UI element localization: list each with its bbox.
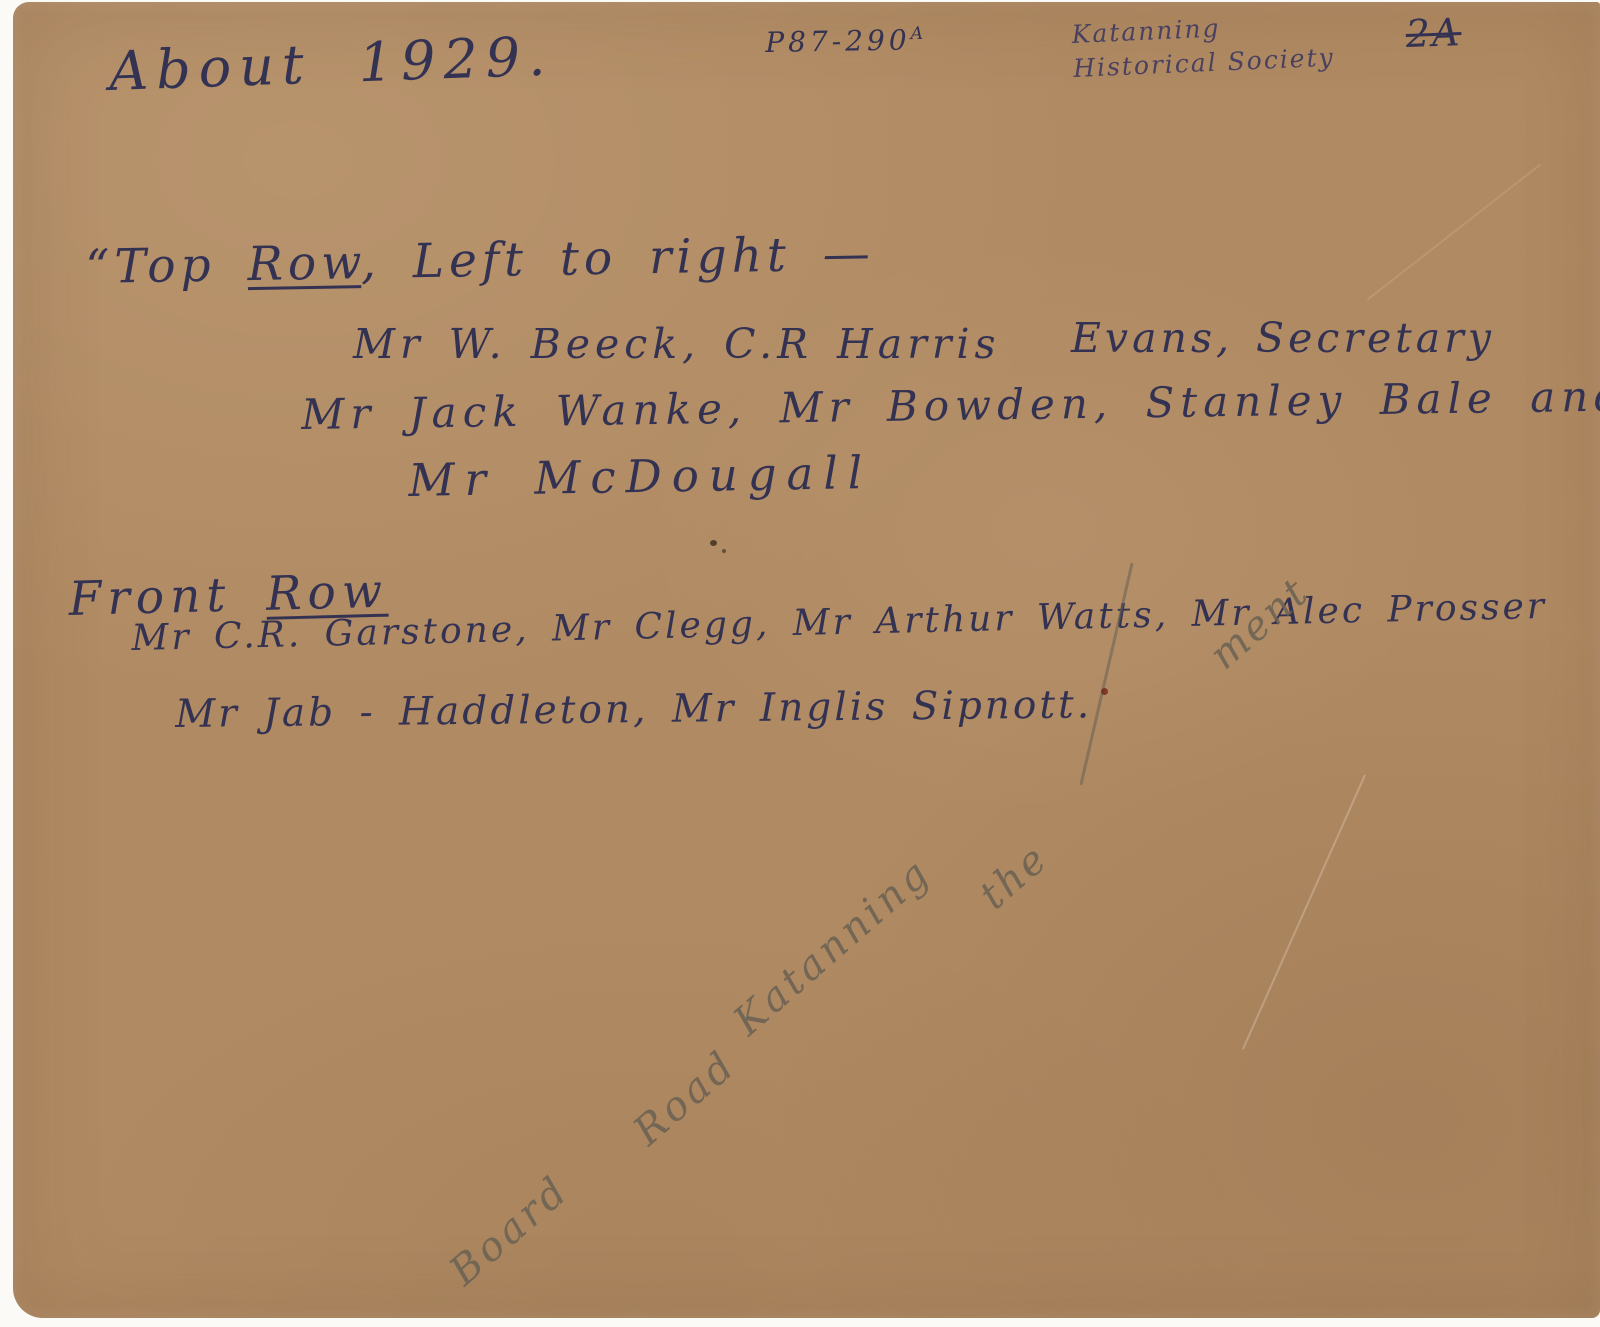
top-row-names-line1-right: Evans, Secretary (1071, 314, 1495, 362)
paper-scratch (1242, 775, 1366, 1050)
scanned-photo-back: { "paper": { "date_note": "About 1929.",… (0, 0, 1600, 1327)
top-row-names-line3: Mr McDougall (408, 446, 873, 507)
top-row-names-line1: Mr W. Beeck, C.R HarrisEvans, Secretary (353, 320, 1001, 368)
paper-speck (710, 540, 717, 546)
paper-speck (1101, 688, 1108, 695)
date-note: About 1929. (108, 24, 554, 102)
catalog-number: P87-290A (765, 23, 924, 59)
catalog-number-main: P87-290 (765, 23, 911, 59)
pencil-fragment-road: Road (625, 1041, 745, 1154)
catalog-number-superscript: A (910, 24, 924, 44)
pencil-fragment-board: Board (441, 1167, 578, 1295)
kraft-card: About 1929. P87-290A Katanning Historica… (13, 2, 1600, 1318)
pencil-fragment-the: the (971, 835, 1057, 919)
paper-speck (722, 549, 726, 553)
crossed-out-corner-mark: 2A (1405, 10, 1462, 56)
top-row-heading-pre: “Top (85, 237, 248, 295)
top-row-heading: “Top Row, Left to right — (85, 226, 875, 295)
top-row-heading-underlined: Row (247, 235, 361, 292)
society-name: Katanning Historical Society (1071, 7, 1335, 86)
paper-scratch (1367, 163, 1542, 300)
pencil-fragment-katanning: Katanning (725, 849, 940, 1045)
top-row-heading-post: , Left to right — (360, 226, 875, 290)
top-row-names-line1-left: Mr W. Beeck, C.R Harris (353, 320, 1001, 368)
front-row-names-line2: Mr Jab - Haddleton, Mr Inglis Sipnott. (175, 682, 1092, 737)
top-row-names-line2: Mr Jack Wanke, Mr Bowden, Stanley Bale a… (301, 371, 1600, 439)
